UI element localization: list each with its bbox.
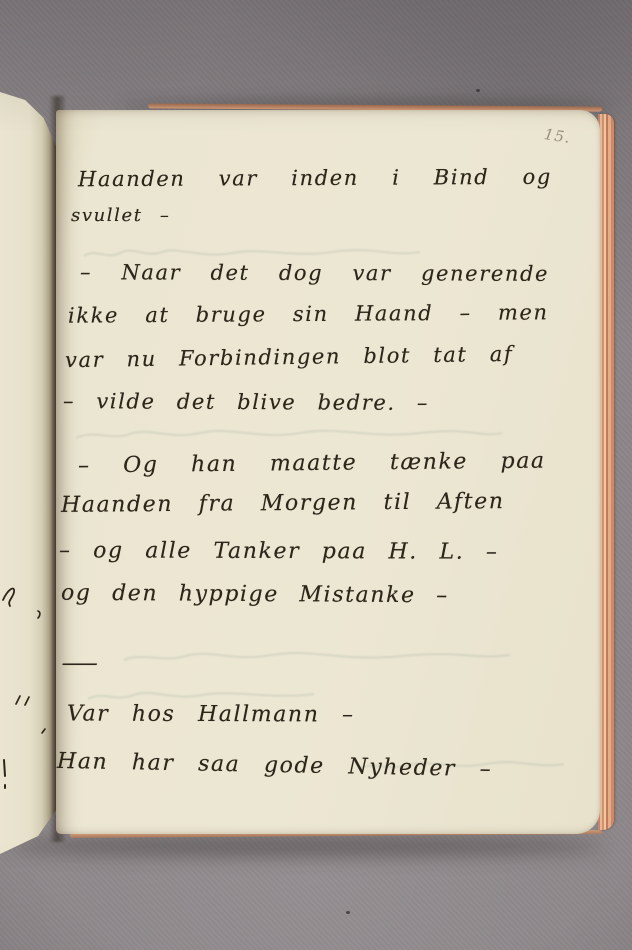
- stray-ink-mark: [40, 727, 48, 735]
- stray-ink-mark: [36, 609, 44, 619]
- handwriting-line: svullet –: [71, 205, 171, 226]
- book-cast-shadow: [8, 836, 604, 856]
- show-through-mark: [122, 648, 512, 666]
- stray-ink-mark: [2, 584, 20, 610]
- show-through-mark: [74, 426, 504, 444]
- handwriting-line: Var hos Hallmann –: [67, 701, 355, 727]
- handwriting-line: og den hyppige Mistanke –: [61, 581, 449, 609]
- handwriting-line: – Og han maatte tænke paa: [78, 449, 546, 479]
- background-speck: [476, 89, 480, 92]
- notebook-page: 15. Haanden var inden i Bind og svullet …: [56, 110, 600, 834]
- facing-page-edge: [0, 84, 56, 854]
- stray-ink-mark: [14, 693, 32, 707]
- stray-ink-mark: [1, 758, 9, 792]
- handwriting-line: – og alle Tanker paa H. L. –: [59, 538, 499, 565]
- page-edges-fore-edge: [598, 114, 614, 830]
- handwriting-line: – vilde det blive bedre. –: [63, 389, 429, 415]
- separator-dash: —: [61, 651, 101, 676]
- handwriting-line: Haanden var inden i Bind og: [78, 165, 552, 191]
- background-speck: [346, 911, 350, 914]
- page-number: 15.: [543, 125, 572, 147]
- handwriting-line: Han har saa gode Nyheder –: [57, 749, 493, 782]
- handwriting-line: ikke at bruge sin Haand – men: [68, 300, 549, 327]
- handwriting-line: var nu Forbindingen blot tat af: [65, 342, 514, 372]
- handwriting-line: Haanden fra Morgen til Aften: [61, 489, 505, 518]
- handwriting-line: – Naar det dog var generende: [80, 260, 549, 286]
- photo-of-open-notebook: 15. Haanden var inden i Bind og svullet …: [0, 0, 632, 950]
